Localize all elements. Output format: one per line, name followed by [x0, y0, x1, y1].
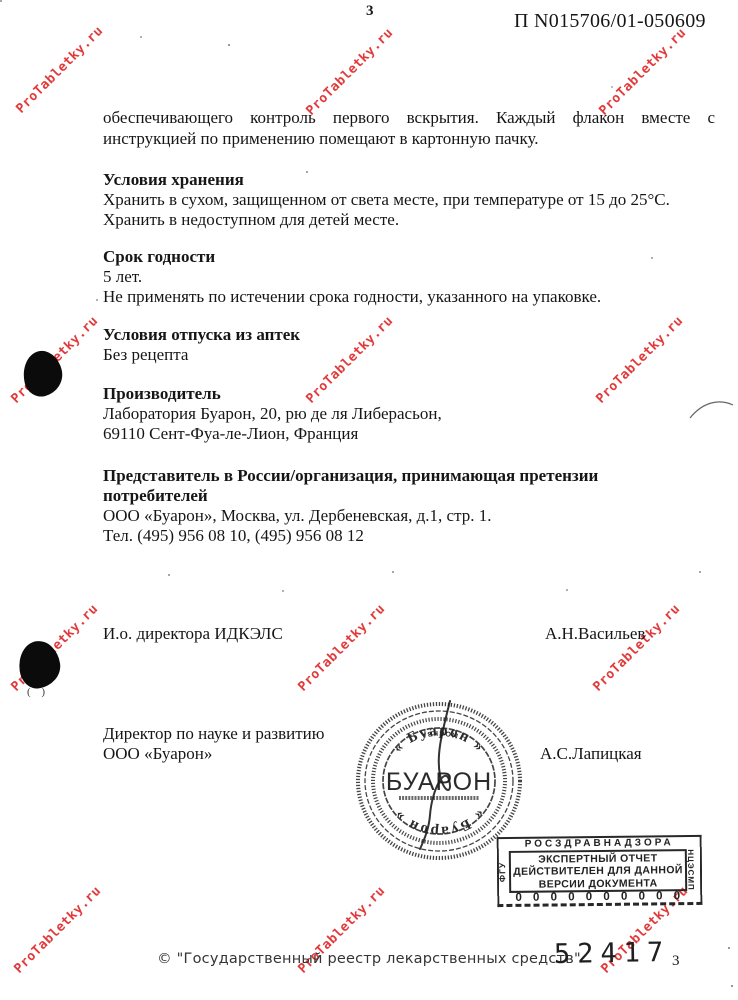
section-line: Без рецепта: [103, 345, 715, 365]
ink-blot: [18, 347, 67, 400]
section-line: Тел. (495) 956 08 10, (495) 956 08 12: [103, 526, 715, 546]
watermark: ProTabletky.ru: [596, 25, 689, 118]
section-shelf-life: Срок годности 5 лет. Не применять по ист…: [103, 247, 715, 307]
scan-noise: [0, 0, 2, 2]
section-heading: Производитель: [103, 384, 715, 404]
section-line: Лаборатория Буарон, 20, рю де ля Либерас…: [103, 404, 715, 424]
document-page: ProTabletky.ruProTabletky.ruProTabletky.…: [0, 0, 738, 1000]
ink-blot: [16, 638, 63, 690]
roszdravnadzor-stamp: РОСЗДРАВНАДЗОРА ФГУ НЦЭСМП ЭКСПЕРТНЫЙ ОТ…: [497, 835, 703, 907]
section-heading-line2: потребителей: [103, 486, 715, 506]
registration-number: П N015706/01-050609: [514, 10, 706, 33]
stamp-zeros-row: 0 0 0 0 0 0 0 0 0 0: [499, 890, 700, 904]
section-line: ООО «Буарон», Москва, ул. Дербеневская, …: [103, 506, 715, 526]
section-line: Хранить в сухом, защищенном от света мес…: [103, 190, 715, 210]
section-dispensing: Условия отпуска из аптек Без рецепта: [103, 325, 715, 365]
watermark: ProTabletky.ru: [295, 601, 388, 694]
section-line: Хранить в недоступном для детей месте.: [103, 210, 715, 230]
signature-title-1: И.о. директора ИДКЭЛС: [103, 624, 283, 644]
page-number-bottom: 3: [672, 953, 680, 970]
section-line: 5 лет.: [103, 267, 715, 287]
section-heading: Условия отпуска из аптек: [103, 325, 715, 345]
pen-mark: [688, 394, 736, 422]
stamp-agency-text: РОСЗДРАВНАДЗОРА: [499, 837, 700, 850]
page-number-top: 3: [366, 3, 374, 20]
signature-title-2: Директор по науке и развитию ООО «Буарон…: [103, 724, 324, 764]
section-heading: Условия хранения: [103, 170, 715, 190]
stamped-serial-number: 52417: [554, 937, 671, 970]
stamp-statement-line: ВЕРСИИ ДОКУМЕНТА: [511, 877, 685, 891]
stamp-left-vertical-text: ФГУ: [497, 861, 507, 881]
intro-paragraph: обеспечивающего контроль первого вскрыти…: [103, 107, 715, 149]
signature-title-2-line2: ООО «Буарон»: [103, 744, 324, 764]
section-heading: Срок годности: [103, 247, 715, 267]
watermark: ProTabletky.ru: [13, 23, 106, 116]
signature-title-2-line1: Директор по науке и развитию: [103, 724, 324, 744]
ink-smudge: ( ): [27, 686, 49, 698]
section-representative: Представитель в России/организация, прин…: [103, 466, 715, 546]
signature-name-2: А.С.Лапицкая: [540, 744, 642, 764]
section-line: 69110 Сент-Фуа-ле-Лион, Франция: [103, 424, 715, 444]
stamp-statement-line: ДЕЙСТВИТЕЛЕН ДЛЯ ДАННОЙ: [511, 865, 685, 879]
signature-name-1: А.Н.Васильев: [545, 624, 645, 644]
watermark: ProTabletky.ru: [590, 601, 683, 694]
stamp-statement-box: ЭКСПЕРТНЫЙ ОТЧЕТ ДЕЙСТВИТЕЛЕН ДЛЯ ДАННОЙ…: [509, 849, 687, 893]
section-line: Не применять по истечении срока годности…: [103, 287, 715, 307]
watermark: ProTabletky.ru: [303, 25, 396, 118]
section-heading: Представитель в России/организация, прин…: [103, 466, 715, 486]
section-storage-conditions: Условия хранения Хранить в сухом, защище…: [103, 170, 715, 230]
section-manufacturer: Производитель Лаборатория Буарон, 20, рю…: [103, 384, 715, 444]
